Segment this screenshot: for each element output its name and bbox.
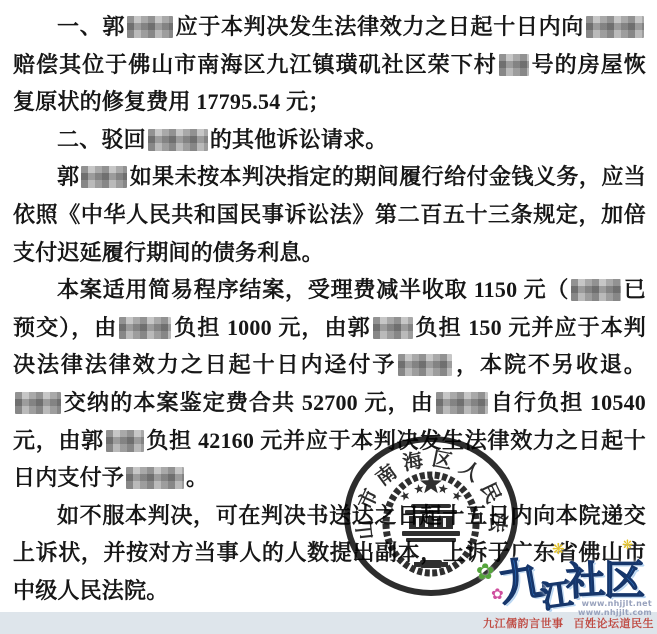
redacted-text [436, 392, 488, 414]
paragraph: 郭如果未按本判决指定的期间履行给付金钱义务，应当依照《中华人民共和国民事诉讼法》… [13, 158, 646, 271]
redacted-text [81, 166, 127, 188]
text-run: 二、驳回 [57, 127, 146, 152]
text-run: 赔偿其位于佛山市南海区九江镇璜矶社区荣下村 [13, 52, 497, 77]
redacted-text [398, 354, 452, 376]
text-run: 的其他诉讼请求。 [210, 127, 388, 152]
redacted-text [106, 430, 144, 452]
tagline-left: 九江儒韵言世事 [483, 618, 564, 630]
redacted-text [373, 317, 413, 339]
text-run: 郭 [57, 164, 79, 189]
text-run: 负担 1000 元，由郭 [173, 315, 370, 340]
paragraph: 如不服本判决，可在判决书送达之日起十五日内向本院递交上诉状，并按对方当事人的人数… [13, 497, 646, 610]
redacted-text [127, 16, 173, 38]
paragraph: 二、驳回的其他诉讼请求。 [13, 121, 646, 159]
text-run: 本案适用简易程序结案，受理费减半收取 1150 元（ [57, 277, 569, 302]
text-run: 一、郭 [57, 14, 125, 39]
paragraph: 本案适用简易程序结案，受理费减半收取 1150 元（已预交），由负担 1000 … [13, 271, 646, 497]
redacted-text [571, 279, 621, 301]
redacted-text [148, 129, 208, 151]
text-run: 如不服本判决，可在判决书送达之日起十五日内向本院递交上诉状，并按对方当事人的人数… [13, 503, 646, 603]
page-root: { "document": { "paragraphs": [ { "segme… [0, 0, 657, 634]
text-run: 。 [186, 465, 208, 490]
text-run: 应于本判决发生法律效力之日起十日内向 [175, 14, 584, 39]
watermark-tagline: 九江儒韵言世事百姓论坛道民生 [483, 615, 654, 631]
text-run: 交纳的本案鉴定费合共 52700 元，由 [63, 390, 434, 415]
redacted-text [499, 54, 529, 76]
redacted-text [586, 16, 644, 38]
paragraph: 一、郭应于本判决发生法律效力之日起十日内向赔偿其位于佛山市南海区九江镇璜矶社区荣… [13, 8, 646, 121]
text-run: ，本院不另收退。 [454, 352, 646, 377]
redacted-text [119, 317, 171, 339]
redacted-text [15, 392, 61, 414]
redacted-text [126, 467, 184, 489]
tagline-right: 百姓论坛道民生 [574, 618, 655, 630]
document-body: 一、郭应于本判决发生法律效力之日起十日内向赔偿其位于佛山市南海区九江镇璜矶社区荣… [13, 0, 646, 610]
